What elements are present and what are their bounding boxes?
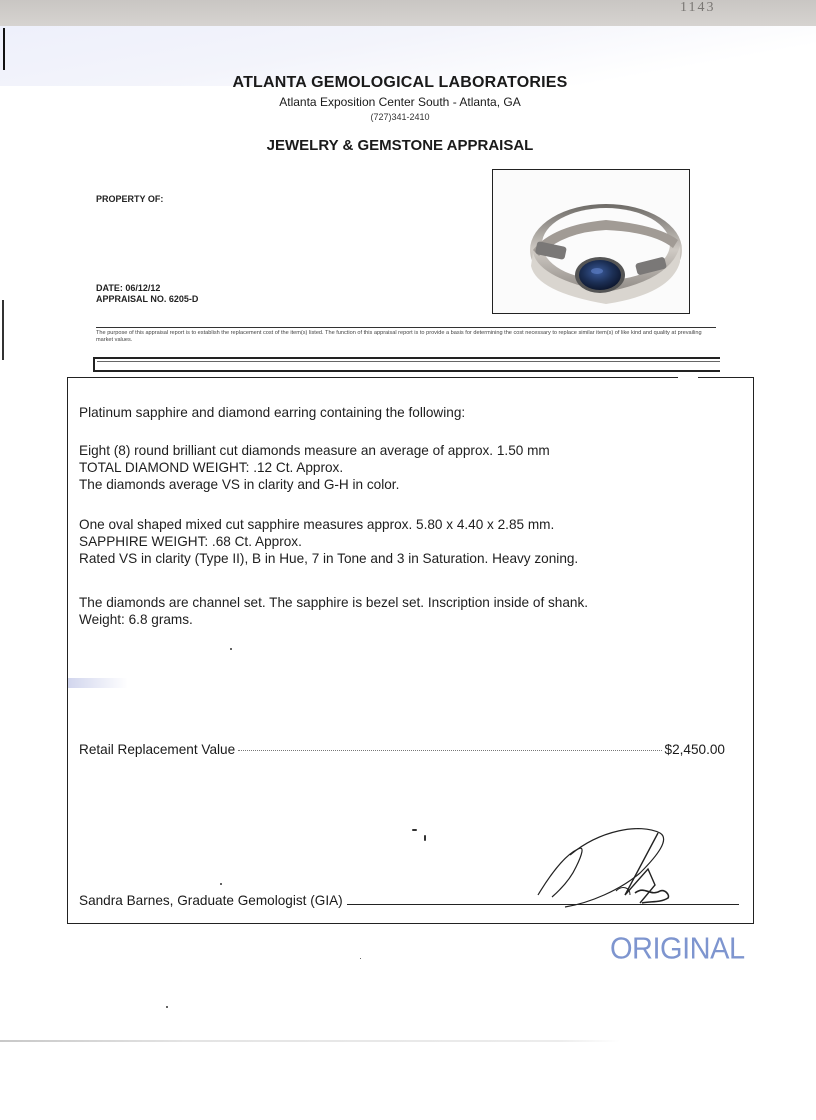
scan-speck <box>412 829 417 831</box>
scan-speck <box>166 1006 168 1008</box>
diamond-grade: The diamonds average VS in clarity and G… <box>79 476 550 493</box>
sapphire-weight: SAPPHIRE WEIGHT: .68 Ct. Approx. <box>79 533 578 550</box>
sapphire-grade: Rated VS in clarity (Type II), B in Hue,… <box>79 550 578 567</box>
setting-description: The diamonds are channel set. The sapphi… <box>79 594 588 611</box>
original-stamp: ORIGINAL <box>610 932 745 967</box>
scan-speck <box>360 958 361 959</box>
sapphire-measure: One oval shaped mixed cut sapphire measu… <box>79 516 578 533</box>
item-intro: Platinum sapphire and diamond earring co… <box>79 404 465 421</box>
diamond-details: Eight (8) round brilliant cut diamonds m… <box>79 442 550 493</box>
signature-rule <box>347 904 739 905</box>
appraisal-no-value: 6205-D <box>169 294 199 304</box>
dot-leader <box>238 750 661 751</box>
handwritten-page-mark: 1143 <box>680 0 715 16</box>
decorative-double-rule <box>93 357 720 372</box>
setting-details: The diamonds are channel set. The sapphi… <box>79 594 588 628</box>
retail-replacement-value: Retail Replacement Value $2,450.00 <box>79 742 725 757</box>
scan-smudge <box>68 678 128 688</box>
appraiser-name: Sandra Barnes, Graduate Gemologist (GIA) <box>79 893 343 908</box>
appraisal-disclaimer: The purpose of this appraisal report is … <box>96 327 716 344</box>
lab-name: ATLANTA GEMOLOGICAL LABORATORIES <box>0 74 816 92</box>
scan-speck <box>424 835 426 841</box>
scan-speck <box>220 883 222 885</box>
property-label: PROPERTY OF: <box>96 194 163 204</box>
value-amount: $2,450.00 <box>665 742 725 757</box>
report-title: JEWELRY & GEMSTONE APPRAISAL <box>0 137 816 154</box>
total-diamond-weight: TOTAL DIAMOND WEIGHT: .12 Ct. Approx. <box>79 459 550 476</box>
date-value: 06/12/12 <box>125 283 160 293</box>
date-label: DATE: <box>96 283 123 293</box>
scan-speck <box>230 648 232 650</box>
item-weight: Weight: 6.8 grams. <box>79 611 588 628</box>
appraisal-date: DATE: 06/12/12 <box>96 283 160 293</box>
appraisal-number: APPRAISAL NO. 6205-D <box>96 294 198 304</box>
scan-left-edge <box>3 28 5 70</box>
signature-line: Sandra Barnes, Graduate Gemologist (GIA) <box>79 893 739 908</box>
ring-photo <box>492 169 690 314</box>
scan-artifact-line <box>0 1040 620 1042</box>
lab-address: Atlanta Exposition Center South - Atlant… <box>0 95 816 109</box>
scan-left-edge-lower <box>2 300 4 360</box>
diamond-measure: Eight (8) round brilliant cut diamonds m… <box>79 442 550 459</box>
property-of: PROPERTY OF: <box>96 194 163 204</box>
lab-phone: (727)341-2410 <box>0 112 816 122</box>
value-label: Retail Replacement Value <box>79 742 235 757</box>
document-header: ATLANTA GEMOLOGICAL LABORATORIES Atlanta… <box>0 74 816 154</box>
appraisal-no-label: APPRAISAL NO. <box>96 294 166 304</box>
ring-image <box>493 170 689 313</box>
sapphire-details: One oval shaped mixed cut sapphire measu… <box>79 516 578 567</box>
